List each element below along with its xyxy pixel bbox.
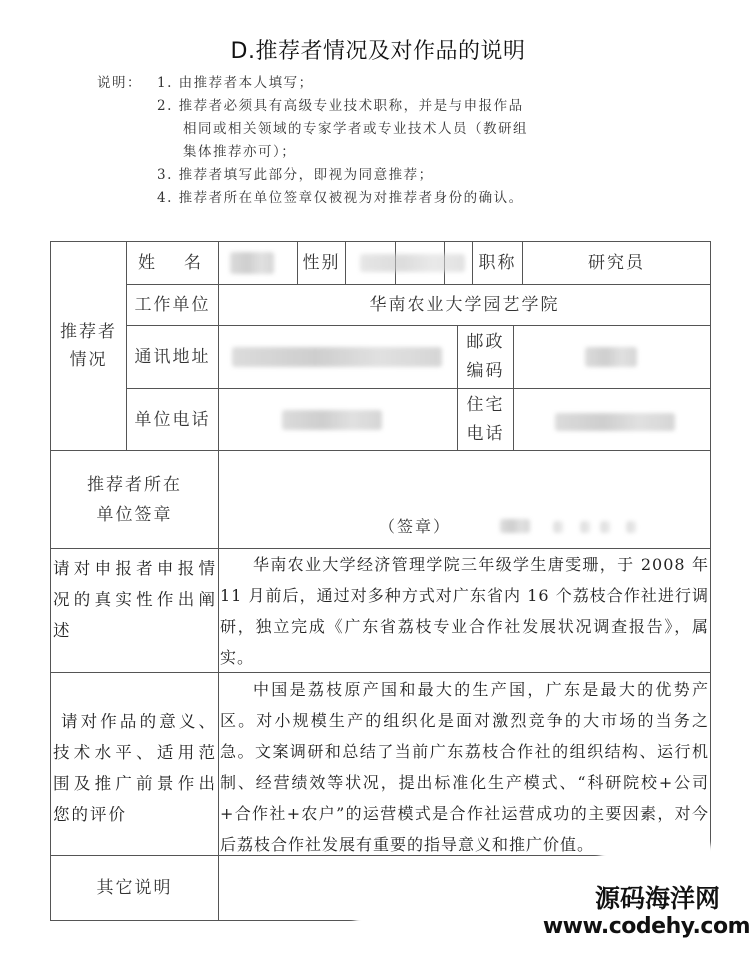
seal-date-redacted [500, 519, 530, 533]
truth-label: 请对申报者申报情况的真实性作出阐述 [53, 553, 217, 646]
seal-date-redacted [600, 521, 610, 533]
home-phone-value-redacted [555, 413, 675, 431]
watermark: 源码海洋网 www.codehy.com [543, 884, 750, 940]
postcode-value-redacted [585, 347, 637, 367]
table-rule [513, 325, 514, 451]
address-label: 通讯地址 [127, 326, 218, 388]
evaluation-text: 中国是荔枝原产国和最大的生产国，广东是最大的优势产区。对小规模生产的组织化是面对… [220, 674, 709, 854]
instruction-item: 4. 推荐者所在单位签章仅被视为对推荐者身份的确认。 [97, 187, 528, 210]
table-border-right [710, 241, 711, 921]
postcode-label-line: 编码 [467, 357, 505, 386]
evaluation-label: 请对作品的意义、技术水平、适用范围及推广前景作出您的评价 [53, 706, 217, 830]
instruction-item: 2. 推荐者必须具有高级专业技术职称，并是与申报作品 [97, 95, 528, 118]
instructions: 说明：1. 由推荐者本人填写； 2. 推荐者必须具有高级专业技术职称，并是与申报… [97, 72, 528, 210]
instructions-prefix: 说明： [97, 72, 157, 95]
document-title: D.推荐者情况及对作品的说明 [0, 34, 756, 65]
section-label-line: 推荐者 [60, 318, 117, 346]
home-phone-label: 住宅 电话 [458, 389, 513, 450]
instruction-item-continued: 集体推荐亦可）； [97, 141, 528, 164]
truth-text: 华南农业大学经济管理学院三年级学生唐雯珊，于 2008 年 11 月前后，通过对… [220, 549, 709, 673]
title-label: 职称 [473, 242, 522, 284]
home-phone-label-line: 电话 [467, 420, 505, 449]
instruction-item: 3. 推荐者填写此部分，即视为同意推荐； [97, 164, 528, 187]
work-unit-label: 工作单位 [127, 285, 218, 325]
unit-phone-label: 单位电话 [127, 389, 218, 450]
instruction-item-continued: 相同或相关领域的专家学者或专业技术人员（教研组 [97, 118, 528, 141]
seal-date-redacted [553, 521, 563, 533]
instruction-text: 1. 由推荐者本人填写； [157, 75, 314, 91]
section-label-recommender: 推荐者 情况 [51, 242, 126, 450]
address-value-redacted [232, 347, 442, 367]
work-unit-value: 华南农业大学园艺学院 [219, 285, 710, 325]
section-label-line: 情况 [70, 346, 108, 374]
watermark-url: www.codehy.com [543, 914, 750, 940]
table-rule [218, 241, 219, 921]
unit-phone-value-redacted [282, 410, 382, 430]
seal-date-redacted [580, 521, 590, 533]
title-value: 研究员 [523, 242, 710, 284]
home-phone-label-line: 住宅 [467, 391, 505, 420]
name-label: 姓 名 [127, 242, 218, 284]
seal-label-line: 单位签章 [97, 500, 173, 530]
seal-label: 推荐者所在 单位签章 [51, 451, 218, 548]
gender-label: 性别 [298, 242, 345, 284]
postcode-label: 邮政 编码 [458, 326, 513, 388]
watermark-site-name: 源码海洋网 [543, 884, 750, 914]
table-rule [345, 241, 346, 285]
other-label: 其它说明 [51, 856, 218, 920]
instruction-item: 说明：1. 由推荐者本人填写； [97, 72, 528, 95]
seal-date-redacted [626, 521, 636, 533]
postcode-label-line: 邮政 [467, 328, 505, 357]
seal-mark: （签章） [370, 512, 460, 542]
seal-label-line: 推荐者所在 [87, 470, 182, 500]
name-value-redacted [230, 252, 274, 274]
gender-value-redacted [360, 254, 465, 272]
